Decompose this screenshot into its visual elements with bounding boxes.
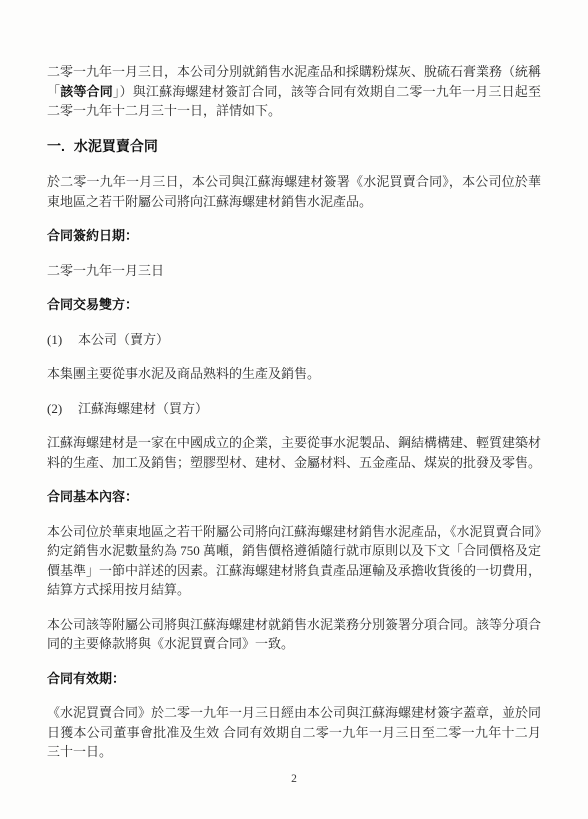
parties-label: 合同交易雙方：	[47, 295, 541, 315]
sign-date-label: 合同簽約日期：	[47, 226, 541, 246]
basic-content-paragraph-2: 本公司該等附屬公司將與江蘇海螺建材就銷售水泥業務分別簽署分項合同。該等分項合同的…	[47, 615, 541, 654]
intro-paragraph: 二零一九年一月三日，本公司分別就銷售水泥產品和採購粉煤灰、脫硫石膏業務（統稱「該…	[47, 62, 541, 121]
overview-paragraph: 於二零一九年一月三日，本公司與江蘇海螺建材簽署《水泥買賣合同》，本公司位於華東地…	[47, 172, 541, 211]
section-number: 一.	[47, 137, 65, 157]
sign-date-value: 二零一九年一月三日	[47, 261, 541, 281]
validity-label: 合同有效期：	[47, 669, 541, 689]
party-item-index: (2)	[47, 399, 78, 419]
basic-content-paragraph-1: 本公司位於華東地區之若干附屬公司將向江蘇海螺建材銷售水泥產品，《水泥買賣合同》約…	[47, 522, 541, 600]
validity-paragraph: 《水泥買賣合同》於二零一九年一月三日經由本公司與江蘇海螺建材簽字蓋章，並於同日獲…	[47, 703, 541, 762]
intro-defined-term: 該等合同	[60, 84, 113, 99]
party-item-seller: (1) 本公司（賣方）	[47, 330, 541, 350]
document-page: 二零一九年一月三日，本公司分別就銷售水泥產品和採購粉煤灰、脫硫石膏業務（統稱「該…	[0, 0, 588, 819]
section-title: 水泥買賣合同	[74, 137, 158, 157]
party-seller-description: 本集團主要從事水泥及商品熟料的生產及銷售。	[47, 364, 541, 384]
party-buyer-description: 江蘇海螺建材是一家在中國成立的企業，主要從事水泥製品、鋼結構構建、輕質建築材料的…	[47, 433, 541, 472]
basic-content-label: 合同基本內容：	[47, 487, 541, 507]
party-item-name: 本公司（賣方）	[78, 330, 169, 350]
party-item-index: (1)	[47, 330, 78, 350]
intro-text-post: 」）與江蘇海螺建材簽訂合同，該等合同有效期自二零一九年一月三日起至二零一九年十二…	[47, 84, 541, 119]
party-item-buyer: (2) 江蘇海螺建材（買方）	[47, 399, 541, 419]
party-item-name: 江蘇海螺建材（買方）	[78, 399, 208, 419]
page-number: 2	[0, 770, 588, 790]
section-heading: 一. 水泥買賣合同	[47, 137, 541, 157]
